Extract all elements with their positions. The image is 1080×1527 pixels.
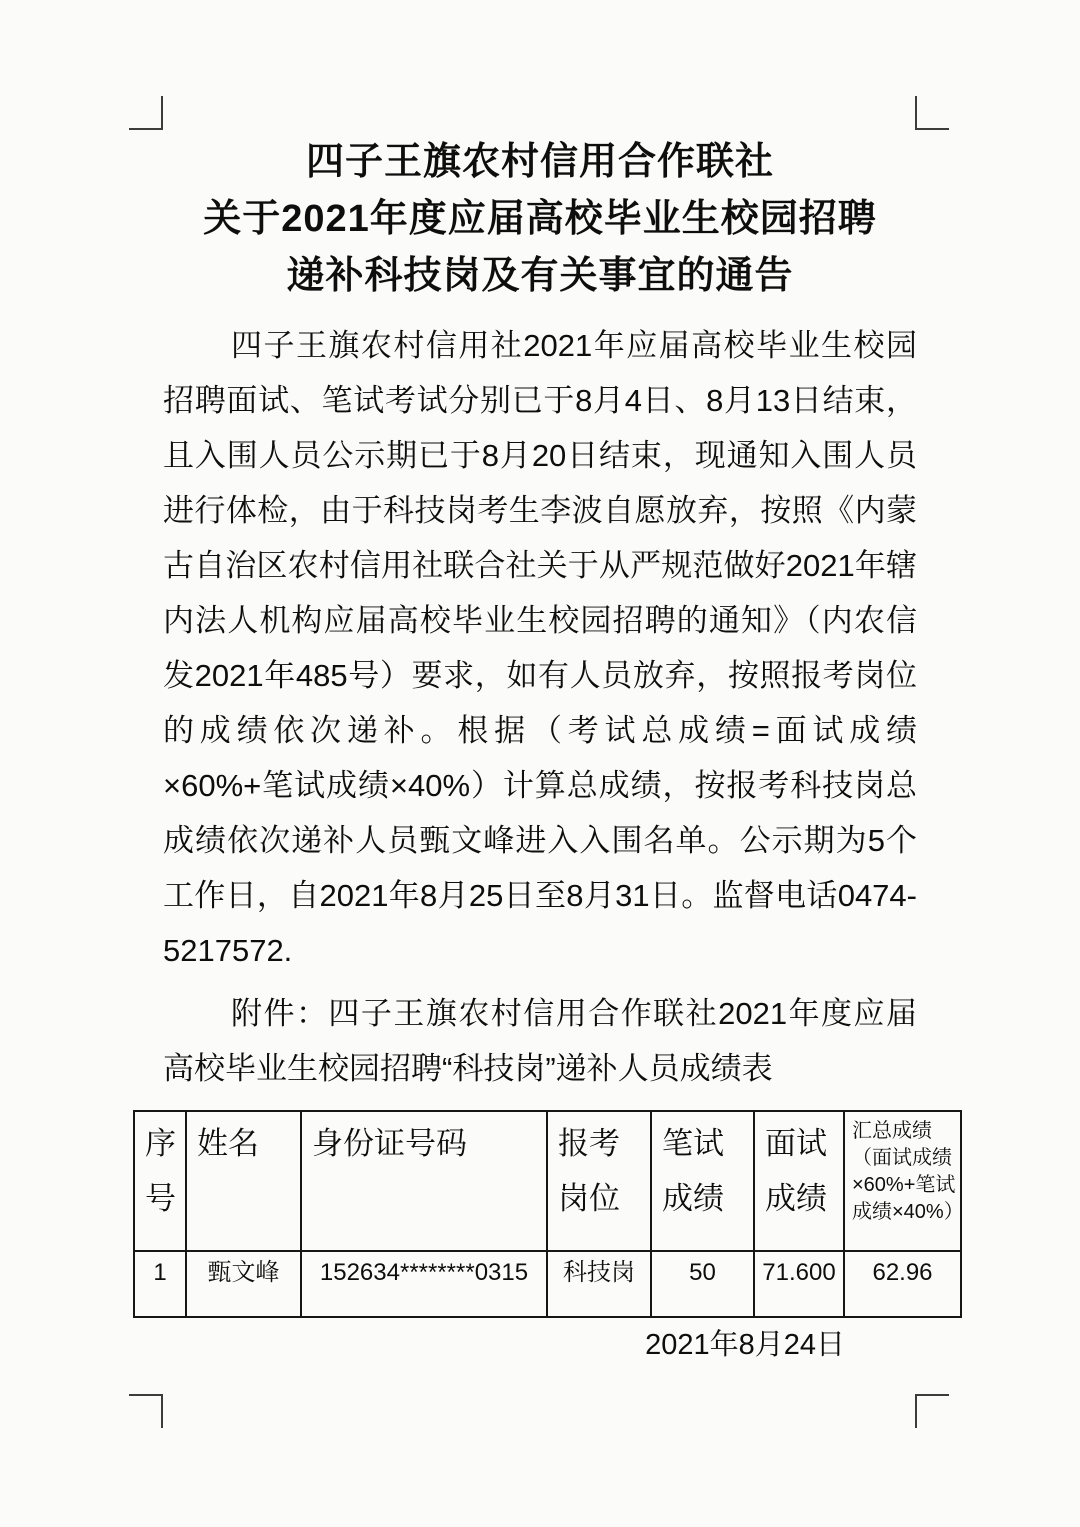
- cell-total-score: 62.96: [844, 1251, 961, 1317]
- cell-position: 科技岗: [547, 1251, 651, 1317]
- document-page: 四子王旗农村信用合作联社 关于2021年度应届高校毕业生校园招聘 递补科技岗及有…: [0, 0, 1080, 1362]
- crop-mark-bottom-right: [915, 1394, 949, 1428]
- title-line-1: 四子王旗农村信用合作联社: [163, 134, 917, 191]
- document-title: 四子王旗农村信用合作联社 关于2021年度应届高校毕业生校园招聘 递补科技岗及有…: [163, 134, 917, 305]
- crop-mark-top-right: [915, 96, 949, 130]
- col-header-name: 姓名: [186, 1111, 301, 1251]
- cell-interview-score: 71.600: [754, 1251, 844, 1317]
- col-header-total-score: 汇总成绩 （面试成绩×60%+笔试成绩×40%）: [844, 1111, 961, 1251]
- attachment-paragraph: 附件：四子王旗农村信用合作联社2021年度应届高校毕业生校园招聘“科技岗”递补人…: [163, 986, 917, 1096]
- page-content: 四子王旗农村信用合作联社 关于2021年度应届高校毕业生校园招聘 递补科技岗及有…: [163, 0, 917, 1362]
- table-header-row: 序号 姓名 身份证号码 报考岗位 笔试成绩 面试成绩 汇总成绩 （面试成绩×60…: [134, 1111, 961, 1251]
- col-header-position: 报考岗位: [547, 1111, 651, 1251]
- document-date: 2021年8月24日: [163, 1328, 917, 1362]
- cell-serial: 1: [134, 1251, 186, 1317]
- col-header-interview-score: 面试成绩: [754, 1111, 844, 1251]
- crop-mark-top-left: [129, 96, 163, 130]
- cell-name: 甄文峰: [186, 1251, 301, 1317]
- title-line-3: 递补科技岗及有关事宜的通告: [163, 248, 917, 305]
- col-header-written-score: 笔试成绩: [651, 1111, 754, 1251]
- title-line-2: 关于2021年度应届高校毕业生校园招聘: [163, 191, 917, 248]
- cell-id-number: 152634********0315: [301, 1251, 547, 1317]
- cell-written-score: 50: [651, 1251, 754, 1317]
- score-table: 序号 姓名 身份证号码 报考岗位 笔试成绩 面试成绩 汇总成绩 （面试成绩×60…: [133, 1110, 962, 1318]
- crop-mark-bottom-left: [129, 1394, 163, 1428]
- notice-paragraph: 四子王旗农村信用社2021年应届高校毕业生校园招聘面试、笔试考试分别已于8月4日…: [163, 318, 917, 978]
- col-header-id-number: 身份证号码: [301, 1111, 547, 1251]
- table-row: 1 甄文峰 152634********0315 科技岗 50 71.600 6…: [134, 1251, 961, 1317]
- col-header-serial: 序号: [134, 1111, 186, 1251]
